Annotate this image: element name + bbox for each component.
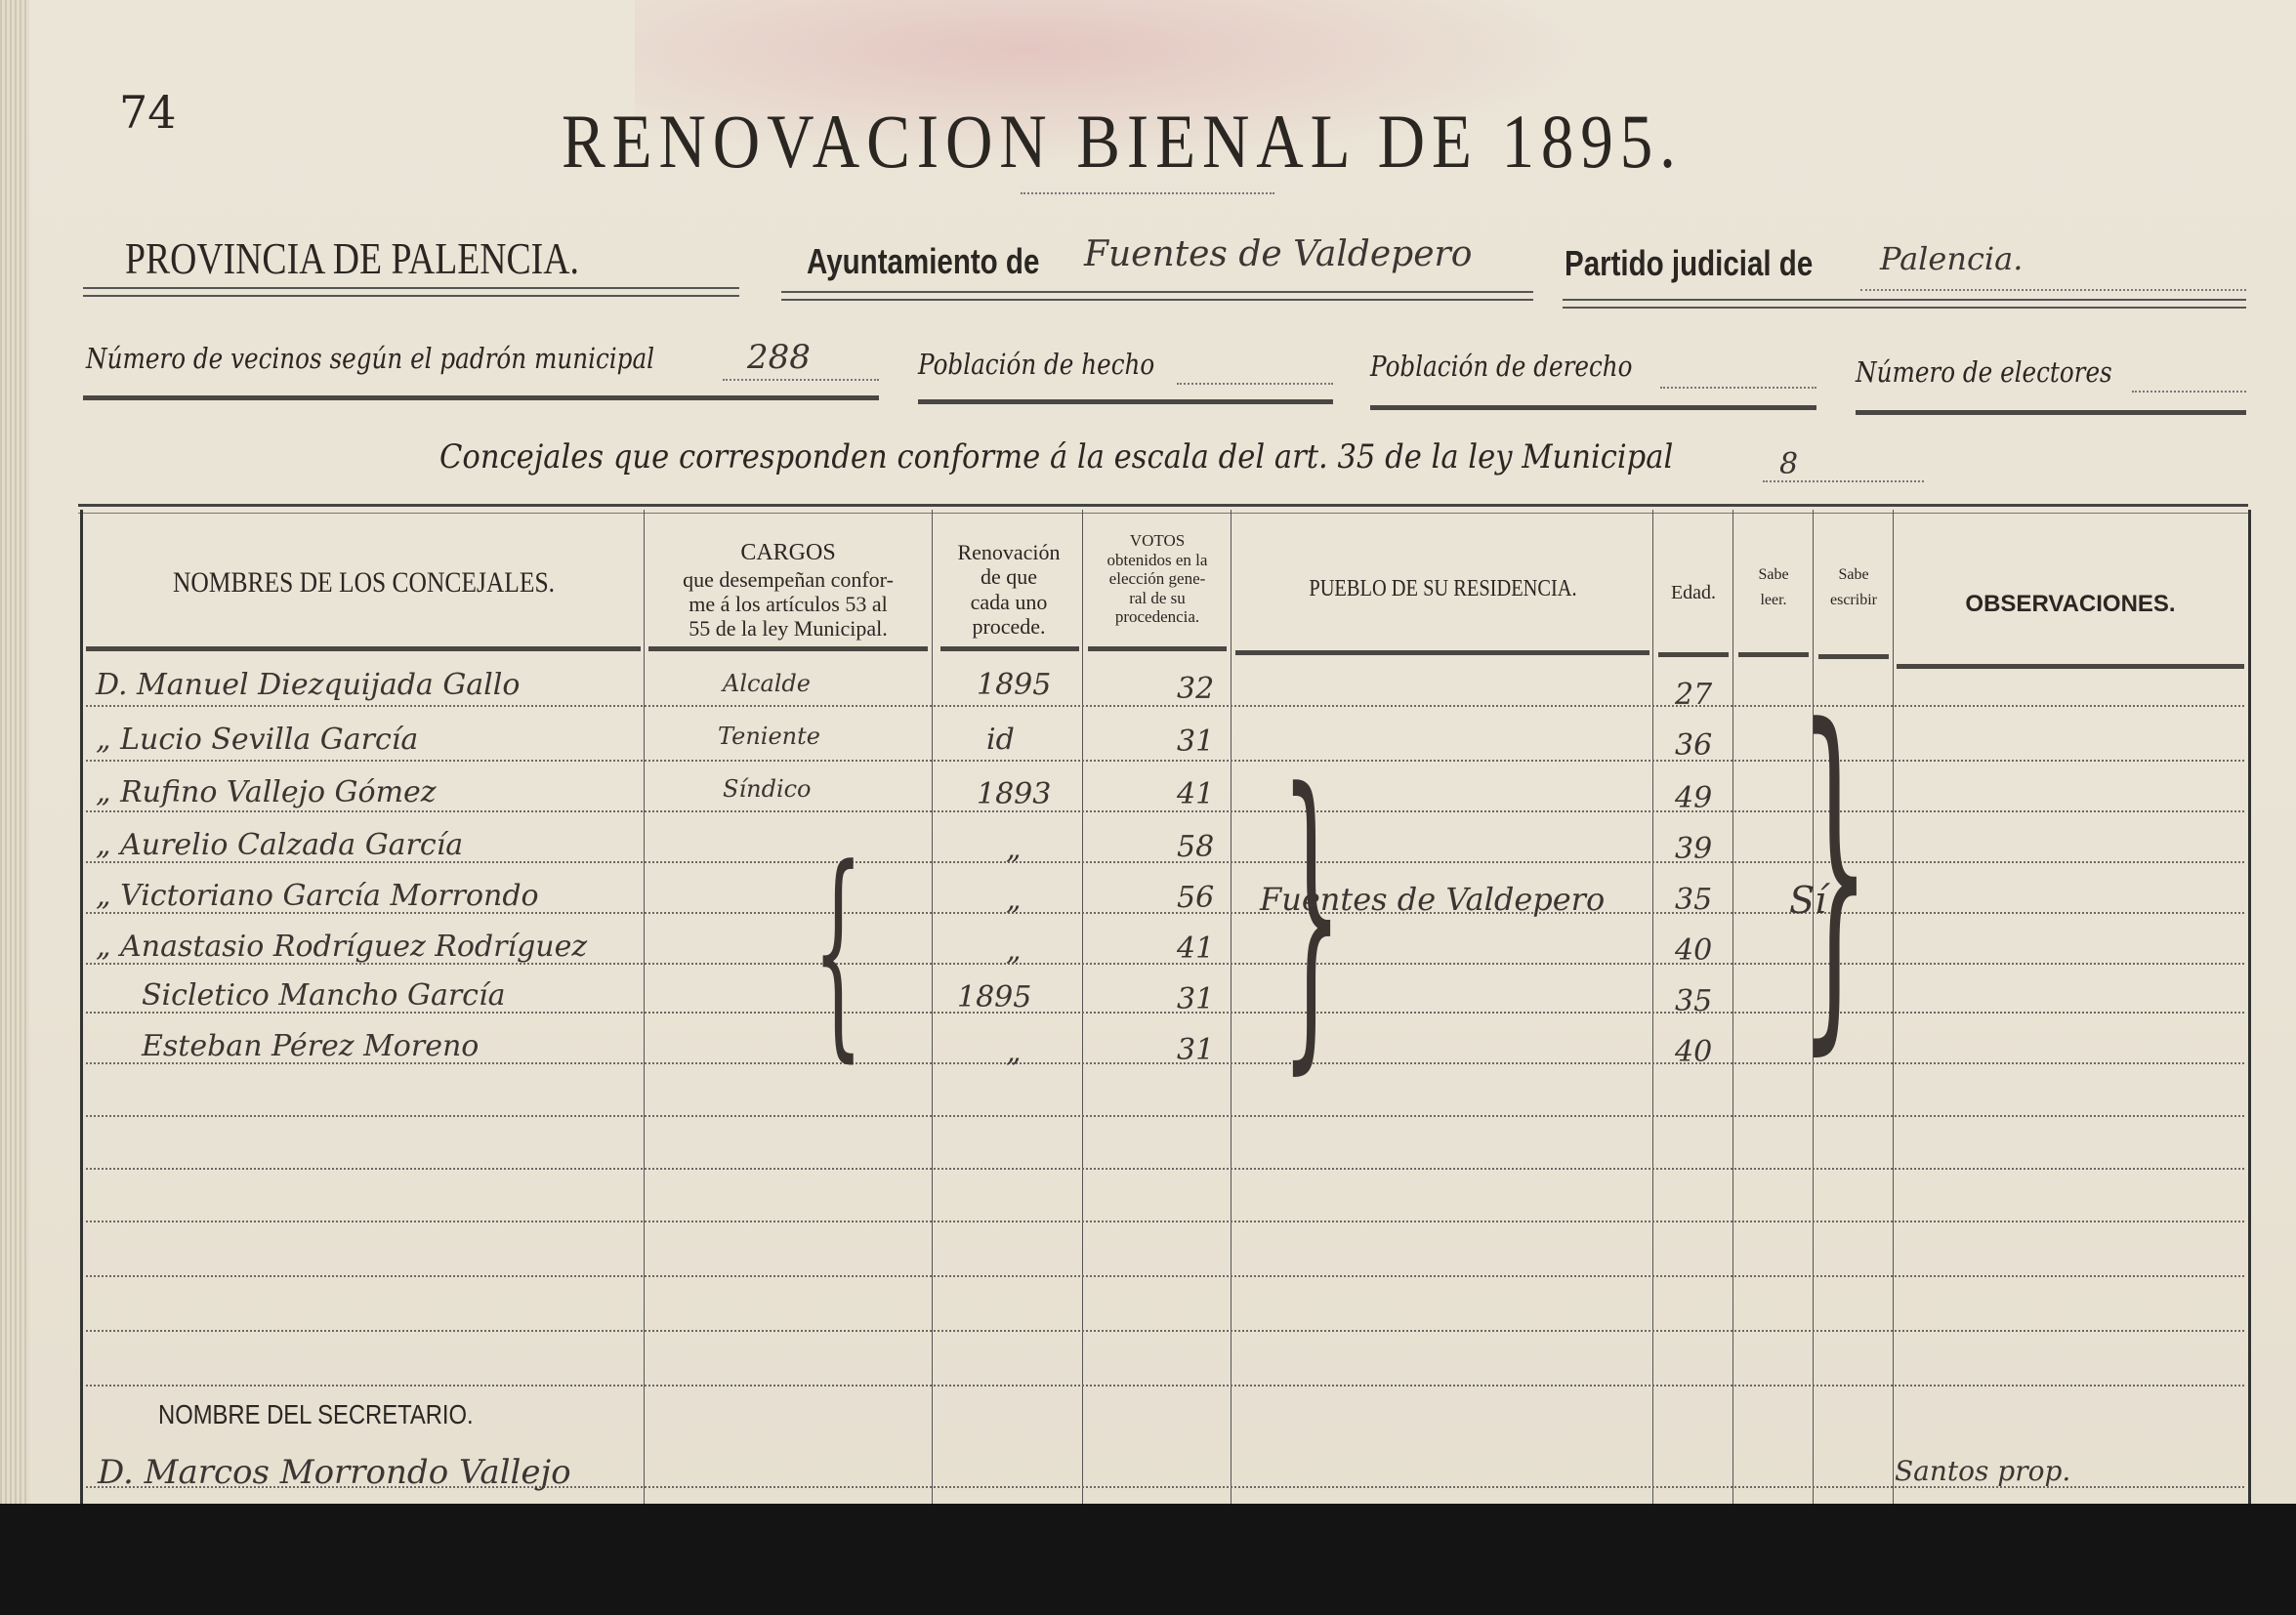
secretario-label: NOMBRE DEL SECRETARIO. (158, 1399, 474, 1430)
header-sabe-leer-line: leer. (1734, 592, 1813, 609)
row-line (86, 1275, 2244, 1277)
header-sabe-escribir-line: escribir (1815, 592, 1893, 609)
concejales-value: 8 (1779, 447, 1798, 481)
concejal-renovacion: „ (1006, 832, 1022, 866)
dotted-line (1660, 387, 1816, 389)
col-divider (1732, 510, 1733, 1525)
header-renovacion-line: cada uno (938, 590, 1080, 614)
ayuntamiento-label: Ayuntamiento de (807, 241, 1039, 282)
table-border-right (2248, 510, 2251, 1525)
col-divider (932, 510, 933, 1525)
header-sabe-escribir: Sabe escribir (1815, 566, 1893, 610)
header-votos-line: obtenidos en la (1084, 551, 1231, 570)
table-top-border (78, 504, 2248, 514)
concejal-votos: 31 (1177, 982, 1214, 1016)
concejal-edad: 36 (1675, 728, 1712, 763)
header-sabe-escribir-line: Sabe (1815, 566, 1893, 584)
divider (1856, 410, 2246, 415)
header-observaciones: OBSERVACIONES. (1895, 591, 2246, 618)
document-page: 74 RENOVACION BIENAL DE 1895. PROVINCIA … (0, 0, 2296, 1615)
header-separator (1658, 652, 1729, 657)
page-number: 74 (119, 86, 177, 139)
header-cargos-line: CARGOS (647, 540, 930, 567)
header-sabe-leer: Sabe leer. (1734, 566, 1813, 610)
sabe-leer-escribir-value: Sí (1789, 879, 1826, 922)
vecinos-value: 288 (747, 338, 811, 377)
dotted-line (1177, 383, 1333, 385)
concejal-cargo: Síndico (723, 775, 812, 803)
poblacion-hecho-label: Población de hecho (918, 348, 1154, 381)
row-line (86, 1168, 2244, 1170)
header-separator (1738, 652, 1809, 657)
concejal-votos: 32 (1177, 672, 1214, 706)
header-renovacion: Renovación de que cada uno procede. (938, 540, 1080, 639)
header-separator (1088, 646, 1227, 651)
provincia-label: PROVINCIA DE PALENCIA. (125, 232, 579, 284)
header-votos-line: VOTOS (1084, 531, 1231, 551)
header-cargos-line: me á los artículos 53 al (647, 592, 930, 616)
header-separator (940, 646, 1079, 651)
header-nombres: NOMBRES DE LOS CONCEJALES. (129, 566, 598, 600)
concejal-votos: 58 (1177, 830, 1214, 864)
header-votos-line: procedencia. (1084, 607, 1231, 627)
header-separator (86, 646, 641, 651)
poblacion-derecho-label: Población de derecho (1370, 350, 1632, 383)
signature-right: Santos prop. (1895, 1455, 2070, 1487)
header-renovacion-line: de que (938, 564, 1080, 589)
header-renovacion-line: procede. (938, 614, 1080, 639)
numero-electores-label: Número de electores (1856, 355, 2112, 389)
col-divider (644, 510, 645, 1525)
concejal-votos: 41 (1177, 777, 1214, 811)
brace-icon: { (814, 840, 863, 1064)
divider (1370, 405, 1816, 410)
concejal-renovacion: 1893 (977, 777, 1051, 811)
concejal-cargo: Teniente (718, 723, 820, 750)
row-line (86, 705, 2244, 707)
row-line (86, 1115, 2244, 1117)
ayuntamiento-value: Fuentes de Valdepero (1084, 234, 1472, 274)
divider (781, 291, 1533, 301)
concejal-name: „ Victoriano García Morrondo (96, 879, 539, 913)
concejal-votos: 31 (1177, 1033, 1214, 1067)
concejal-edad: 40 (1675, 1035, 1712, 1069)
dotted-line (723, 379, 879, 381)
header-votos-line: ral de su (1084, 589, 1231, 608)
concejal-votos: 56 (1177, 881, 1214, 915)
concejal-edad: 35 (1675, 883, 1712, 917)
concejal-name: Sicletico Mancho García (142, 978, 505, 1013)
concejal-renovacion: 1895 (957, 980, 1031, 1015)
header-renovacion-line: Renovación (938, 540, 1080, 564)
row-line (86, 1221, 2244, 1222)
partido-judicial-label: Partido judicial de (1565, 243, 1813, 284)
scan-bottom-edge (0, 1504, 2296, 1615)
header-cargos-line: 55 de la ley Municipal. (647, 616, 930, 641)
header-cargos-line: que desempeñan confor- (647, 567, 930, 592)
concejal-renovacion: „ (1006, 883, 1022, 917)
concejal-edad: 35 (1675, 984, 1712, 1018)
header-separator (1897, 664, 2244, 669)
table-border-left (80, 510, 83, 1525)
dotted-line (2132, 391, 2246, 393)
partido-judicial-value: Palencia. (1880, 240, 2023, 277)
brace-icon: } (1800, 683, 1871, 1055)
row-line (86, 810, 2244, 812)
concejales-label: Concejales que corresponden conforme á l… (439, 437, 1673, 476)
divider (918, 399, 1333, 404)
header-edad: Edad. (1654, 582, 1732, 604)
concejal-votos: 41 (1177, 932, 1214, 966)
concejal-name: „ Anastasio Rodríguez Rodríguez (96, 930, 587, 964)
col-divider (1893, 510, 1894, 1525)
concejal-name: „ Aurelio Calzada García (96, 828, 463, 862)
col-divider (1231, 510, 1231, 1525)
concejal-edad: 40 (1675, 933, 1712, 968)
header-separator (1235, 650, 1649, 655)
header-votos: VOTOS obtenidos en la elección gene- ral… (1084, 531, 1231, 627)
divider (83, 395, 879, 400)
concejal-renovacion: „ (1006, 1035, 1022, 1069)
header-votos-line: elección gene- (1084, 569, 1231, 589)
concejal-name: „ Rufino Vallejo Gómez (96, 775, 437, 809)
page-title: RENOVACION BIENAL DE 1895. (562, 98, 1683, 186)
concejal-edad: 49 (1675, 781, 1712, 815)
concejal-votos: 31 (1177, 725, 1214, 759)
concejal-renovacion: id (986, 723, 1015, 757)
header-separator (648, 646, 928, 651)
header-pueblo: PUEBLO DE SU RESIDENCIA. (1267, 576, 1619, 603)
vecinos-label: Número de vecinos según el padrón munici… (86, 342, 654, 375)
divider (83, 287, 739, 297)
col-divider (1652, 510, 1653, 1525)
row-line (86, 1385, 2244, 1387)
secretario-value: D. Marcos Morrondo Vallejo (98, 1453, 571, 1492)
header-cargos: CARGOS que desempeñan confor- me á los a… (647, 540, 930, 641)
pueblo-residencia-value: Fuentes de Valdepero (1260, 881, 1605, 918)
col-divider (1082, 510, 1083, 1525)
book-edge (0, 0, 29, 1615)
row-line (86, 760, 2244, 762)
header-sabe-leer-line: Sabe (1734, 566, 1813, 584)
title-ornament (1021, 192, 1274, 198)
dotted-line (1860, 289, 2246, 291)
row-line (86, 1330, 2244, 1332)
concejal-cargo: Alcalde (723, 670, 811, 697)
concejal-name: Esteban Pérez Moreno (142, 1029, 479, 1063)
concejal-name: „ Lucio Sevilla García (96, 723, 418, 757)
concejal-edad: 27 (1675, 678, 1712, 712)
dotted-line (1763, 480, 1924, 482)
divider (1563, 299, 2246, 309)
concejal-renovacion: 1895 (977, 668, 1051, 702)
concejal-edad: 39 (1675, 832, 1712, 866)
concejal-renovacion: „ (1006, 933, 1022, 968)
concejal-name: D. Manuel Diezquijada Gallo (96, 668, 520, 702)
